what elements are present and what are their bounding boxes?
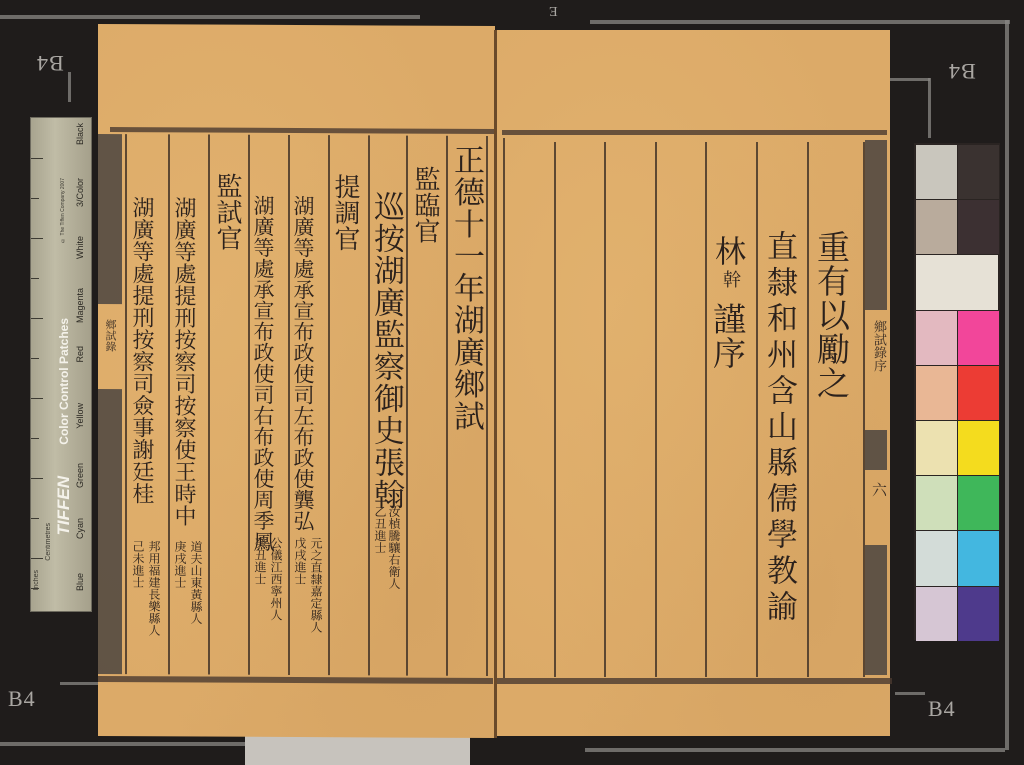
board-inner-left-v <box>68 72 71 102</box>
board-inner-right-v <box>928 78 931 138</box>
board-frame-top-left <box>0 15 420 19</box>
note-wang-shizhong-degree: 庚戌進士 <box>174 540 186 588</box>
board-label-top-center: E <box>548 2 558 18</box>
ruler-tick <box>31 278 39 279</box>
patch-label-red: Red <box>75 346 85 363</box>
left-banxin-strip-bottom <box>98 389 122 674</box>
respectfully-prefaced: 謹序 <box>711 302 744 370</box>
right-page-frame-bottom <box>497 678 892 684</box>
heading-jianlin-guan: 監臨官 <box>412 166 438 244</box>
color-patch <box>916 200 957 254</box>
color-patch <box>958 587 999 641</box>
col-rule <box>125 134 127 674</box>
board-frame-right <box>1005 20 1009 750</box>
col-rule <box>807 142 809 677</box>
tiffen-brand: TIFFEN <box>54 476 74 536</box>
color-patch <box>916 531 957 585</box>
color-patch <box>958 145 999 199</box>
color-patch <box>916 476 957 530</box>
col-rule <box>248 135 250 675</box>
patch-label-yellow: Yellow <box>75 403 85 429</box>
board-frame-bottom-right <box>585 748 1005 752</box>
note-xie-tinggui-origin: 邦用福建長樂縣人 <box>148 540 160 636</box>
patch-label-black: Black <box>75 123 85 145</box>
author-given-name: 幹 <box>721 270 739 288</box>
page-number: 六 <box>869 482 890 497</box>
heading-jianshi-guan: 監試官 <box>214 173 240 251</box>
patch-label-white: White <box>75 236 85 259</box>
col-rule <box>554 142 556 677</box>
ruler-tick <box>31 358 39 359</box>
col-rule <box>208 135 210 675</box>
left-page-frame-bottom <box>98 676 493 684</box>
right-page-frame-top <box>502 130 887 135</box>
col-rule <box>486 136 488 676</box>
ruler-inches-label: Inches <box>33 570 40 591</box>
ruler-tick <box>31 558 43 559</box>
ruler-tick <box>31 318 43 319</box>
author-surname: 林 <box>711 235 742 267</box>
ruler-tick <box>31 238 43 239</box>
paper-tab <box>245 735 470 765</box>
ruler-tick <box>31 518 39 519</box>
col-rule <box>863 142 865 677</box>
color-patch <box>916 311 957 365</box>
left-page-frame-top <box>110 127 495 134</box>
col-rule <box>756 142 758 677</box>
left-banxin-label: 鄉試錄 <box>102 319 118 352</box>
right-banxin-strip-top <box>865 140 887 310</box>
patch-label-green: Green <box>75 463 85 488</box>
ruler-centimetres-label: Centimetres <box>45 523 52 561</box>
entry-zhang-han: 巡按湖廣監察御史張翰 <box>370 190 401 510</box>
color-patch <box>958 311 999 365</box>
board-frame-bottom-left <box>0 742 245 746</box>
ruler-tick <box>31 198 39 199</box>
color-patch <box>958 421 999 475</box>
color-patch <box>958 476 999 530</box>
color-patch <box>958 200 999 254</box>
color-patch <box>916 145 957 199</box>
heading-tidiao-guan: 提調官 <box>332 173 358 251</box>
entry-wang-shizhong: 湖廣等處提刑按察司按察使王時中 <box>172 196 194 526</box>
note-gong-hong-origin: 元之直隸嘉定縣人 <box>310 537 322 633</box>
color-patch <box>958 366 999 420</box>
board-label-bottom-right: B4 <box>928 696 956 722</box>
color-patch <box>916 255 998 309</box>
right-banxin-label: 鄉試錄序 <box>869 320 888 372</box>
right-page: 鄉試錄序 六 重有以勵之 直隸和州含山縣儒學教諭 林 幹 謹序 <box>497 30 890 736</box>
tiffen-copyright: © The Tiffen Company 2007 <box>60 178 66 243</box>
col-rule <box>168 134 170 674</box>
entry-gong-hong: 湖廣等處承宣布政使司左布政使龔弘 <box>292 195 313 531</box>
board-label-top-left: B4 <box>36 50 64 76</box>
entry-xie-tinggui: 湖廣等處提刑按察司僉事謝廷桂 <box>130 196 152 504</box>
tiffen-title: Color Control Patches <box>57 318 71 445</box>
preface-closing-line: 重有以勵之 <box>815 230 848 400</box>
col-rule <box>705 142 707 677</box>
color-patch <box>916 421 957 475</box>
note-wang-shizhong-origin: 道夫山東黃縣人 <box>190 540 202 624</box>
col-rule <box>655 142 657 677</box>
patch-label-3color: 3/Color <box>75 178 85 207</box>
patch-label-blue: Blue <box>75 573 85 591</box>
board-inner-right-h <box>890 78 930 81</box>
exam-title: 正德十一年湖廣鄉試 <box>450 144 481 432</box>
ruler-tick <box>31 478 43 479</box>
author-title: 直隸和州含山縣儒學教諭 <box>763 230 794 626</box>
ruler-tick <box>31 398 43 399</box>
board-label-bottom-left: B4 <box>8 686 36 712</box>
note-zhang-han-degree: 乙丑進士 <box>374 505 386 553</box>
right-banxin-strip-bottom <box>865 545 887 675</box>
left-banxin-strip-top <box>98 134 122 304</box>
board-inner-bottom-right <box>895 692 925 695</box>
color-patch-card <box>914 143 1000 640</box>
note-gong-hong-degree: 戊戌進士 <box>294 537 306 585</box>
col-rule <box>288 135 290 675</box>
patch-label-magenta: Magenta <box>75 288 85 323</box>
note-zhou-jifeng-degree: 癸丑進士 <box>254 537 266 585</box>
color-patch <box>916 587 957 641</box>
col-rule <box>406 136 408 676</box>
color-patch <box>916 366 957 420</box>
ruler-tick <box>31 438 39 439</box>
ruler-tick <box>31 158 43 159</box>
tiffen-color-control-ruler: Inches Centimetres TIFFEN Color Control … <box>30 117 92 612</box>
right-banxin-strip-middle <box>865 430 887 470</box>
entry-zhou-jifeng: 湖廣等處承宣布政使司右布政使周季鳳 <box>252 195 273 552</box>
note-xie-tinggui-degree: 己未進士 <box>132 540 144 588</box>
board-frame-top-right <box>590 20 1010 24</box>
color-patch <box>958 531 999 585</box>
board-label-top-right: B4 <box>948 58 976 84</box>
col-rule <box>604 142 606 677</box>
col-rule <box>503 138 505 678</box>
note-zhang-han-origin: 汝楨騰驤右衛人 <box>388 505 400 589</box>
board-inner-bottom-left <box>60 682 100 685</box>
left-page: 鄉試錄 正德十一年湖廣鄉試 監臨官 巡按湖廣監察御史張翰 汝楨騰驤右衛人 乙丑進… <box>98 24 495 738</box>
patch-label-cyan: Cyan <box>75 518 85 539</box>
note-zhou-jifeng-origin: 公儀江西寧州人 <box>270 537 282 621</box>
